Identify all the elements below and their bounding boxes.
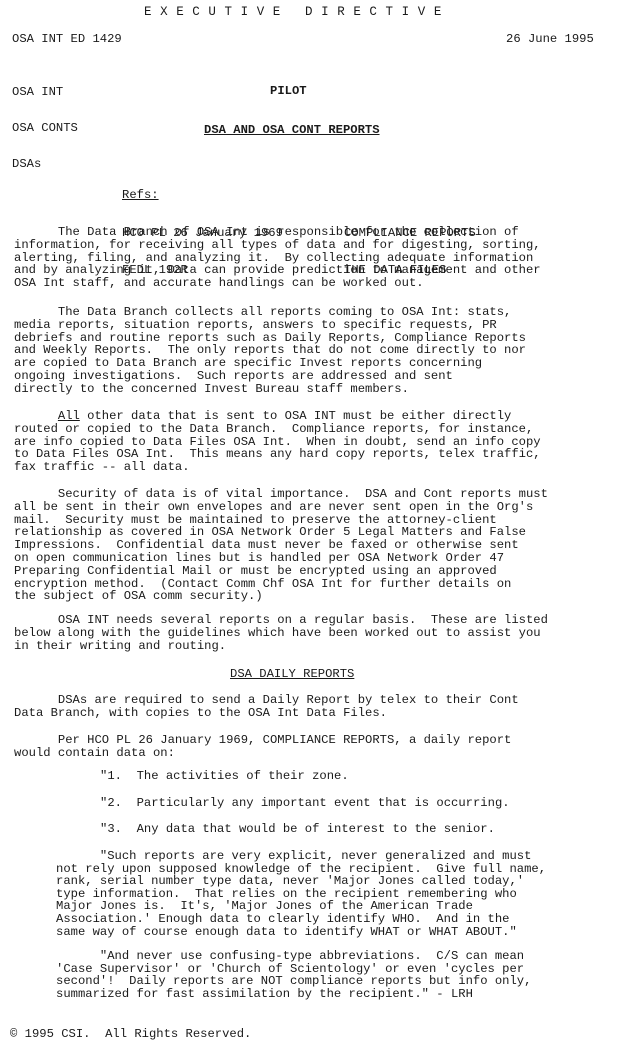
paragraph-regular-reports: OSA INT needs several reports on a regul… [14,614,548,652]
paragraph-routing-text: other data that is sent to OSA INT must … [14,409,541,474]
paragraph-daily-report-contents: Per HCO PL 26 January 1969, COMPLIANCE R… [14,734,511,760]
document-heading: EXECUTIVE DIRECTIVE [144,6,450,19]
quote-abbreviations: "And never use confusing-type abbreviati… [56,950,531,1000]
paragraph-reports-collected: The Data Branch collects all reports com… [14,306,526,396]
paragraph-daily-report-telex: DSAs are required to send a Daily Report… [14,694,519,720]
directive-number: OSA INT ED 1429 [12,33,122,46]
list-item: "3. Any data that would be of interest t… [100,823,495,836]
list-item: "2. Particularly any important event tha… [100,797,510,810]
paragraph-data-branch-role: The Data Branch of OSA Int is responsibl… [14,226,541,290]
recipient-list: OSA INT OSA CONTS DSAs [12,62,78,182]
paragraph-routing: All other data that is sent to OSA INT m… [14,410,541,474]
recipient: DSAs [12,158,78,170]
copyright-footer: © 1995 CSI. All Rights Reserved. [10,1028,251,1041]
document-subject: DSA AND OSA CONT REPORTS [204,124,380,137]
distribution-label: PILOT [270,85,307,98]
paragraph-security: Security of data is of vital importance.… [14,488,548,603]
directive-date: 26 June 1995 [506,33,594,46]
section-heading: DSA DAILY REPORTS [230,668,354,681]
quote-explicit-reports: "Such reports are very explicit, never g… [56,850,546,938]
list-item: "1. The activities of their zone. [100,770,349,783]
recipient: OSA INT [12,86,78,98]
recipient: OSA CONTS [12,122,78,134]
refs-label: Refs: [122,189,476,202]
